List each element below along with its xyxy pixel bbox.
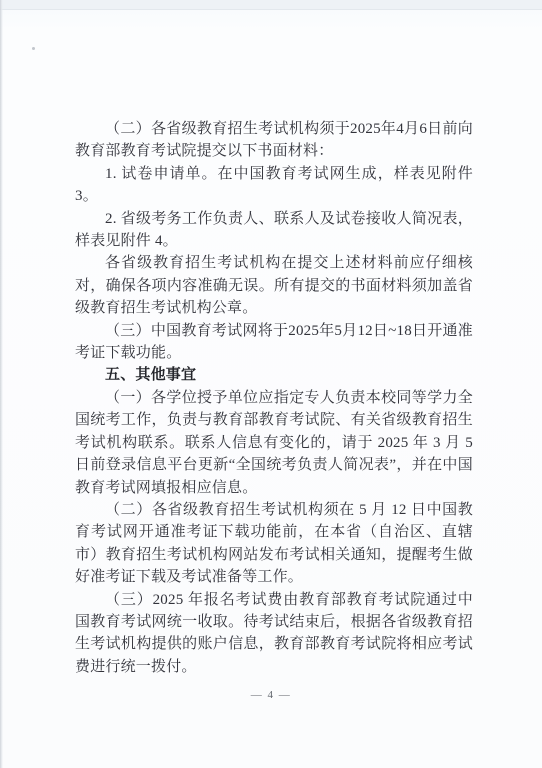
page-number: — 4 — [0,689,542,701]
scan-edge-left [0,0,3,768]
document-body: （二）各省级教育招生考试机构须于2025年4月6日前向教育部教育考试院提交以下书… [75,118,473,678]
list-item-contact-profile-table: 2. 省级考务工作负责人、联系人及试卷接收人简况表，样表见附件 4。 [75,208,473,253]
list-item-exam-paper-application: 1. 试卷申请单。在中国教育考试网生成，样表见附件 3。 [75,163,473,208]
paragraph-verify-and-seal: 各省级教育招生考试机构在提交上述材料前应仔细核对，确保各项内容准确无误。所有提交… [75,252,473,319]
paragraph-designate-personnel: （一）各学位授予单位应指定专人负责本校同等学力全国统考工作，负责与教育部教育考试… [75,387,473,499]
paragraph-publish-exam-notice: （二）各省级教育招生考试机构须在 5 月 12 日中国教育考试网开通准考证下载功… [75,499,473,589]
paragraph-exam-fee-collection: （三）2025 年报名考试费由教育部教育考试院通过中国教育考试网统一收取。待考试… [75,589,473,679]
section-heading-other-matters: 五、其他事宜 [75,364,473,386]
paragraph-submit-materials: （二）各省级教育招生考试机构须于2025年4月6日前向教育部教育考试院提交以下书… [75,118,473,163]
document-page: （二）各省级教育招生考试机构须于2025年4月6日前向教育部教育考试院提交以下书… [0,0,542,768]
paragraph-admission-ticket-download: （三）中国教育考试网将于2025年5月12日~18日开通准考证下载功能。 [75,320,473,365]
scan-speck [32,47,35,50]
scan-edge-top [0,0,542,10]
